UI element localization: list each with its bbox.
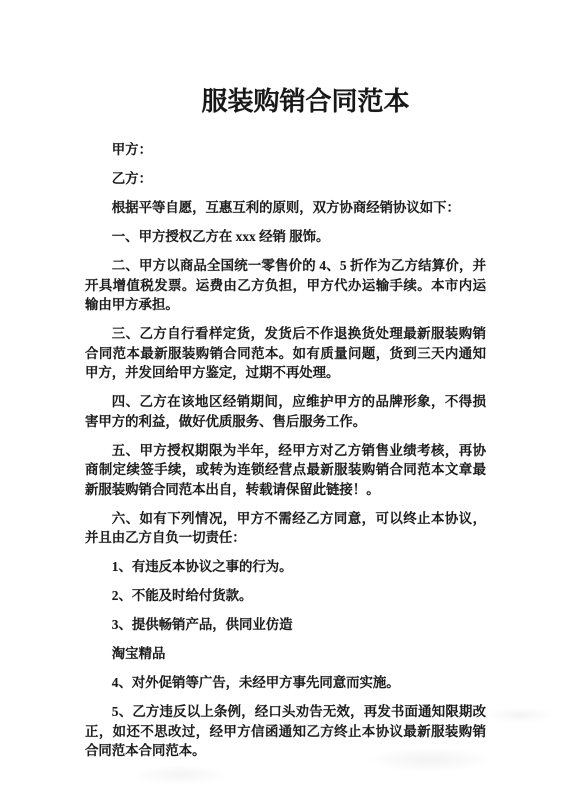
item-1: 1、有违反本协议之事的行为。	[85, 557, 486, 577]
scanned-contract-page: 服装购销合同范本 甲方： 乙方： 根据平等自愿，互惠互利的原则，双方协商经销协议…	[0, 0, 566, 800]
clause-2: 二、甲方以商品全国统一零售价的 4、5 折作为乙方结算价，并开具增值税发票。运费…	[85, 256, 486, 315]
item-2: 2、不能及时给付货款。	[85, 586, 486, 606]
taobao-line: 淘宝精品	[85, 644, 486, 664]
clause-3: 三、乙方自行看样定货，发货后不作退换货处理最新服装购销合同范本最新服装购销合同范…	[85, 324, 486, 383]
item-3: 3、提供畅销产品，供同业仿造	[85, 615, 486, 635]
clause-6: 六、如有下列情况，甲方不需经乙方同意，可以终止本协议，并且由乙方自负一切责任：	[85, 509, 486, 548]
page-title: 服装购销合同范本	[105, 86, 506, 117]
party-b-line: 乙方：	[85, 169, 486, 189]
contract-document: 服装购销合同范本 甲方： 乙方： 根据平等自愿，互惠互利的原则，双方协商经销协议…	[0, 0, 566, 800]
clause-1: 一、甲方授权乙方在 xxx 经销 服饰。	[85, 227, 486, 247]
preamble: 根据平等自愿，互惠互利的原则，双方协商经销协议如下：	[85, 198, 486, 218]
clause-4: 四、乙方在该地区经销期间，应维护甲方的品牌形象，不得损害甲方的利益，做好优质服务…	[85, 392, 486, 431]
item-5: 5、乙方违反以上条例，经口头劝告无效，再发书面通知限期改正，如还不思改过，经甲方…	[85, 702, 486, 761]
clause-5: 五、甲方授权期限为半年，经甲方对乙方销售业绩考核，再协商制定续签手续，或转为连锁…	[85, 441, 486, 500]
item-4: 4、对外促销等广告，未经甲方事先同意而实施。	[85, 673, 486, 693]
party-a-line: 甲方：	[85, 140, 486, 160]
